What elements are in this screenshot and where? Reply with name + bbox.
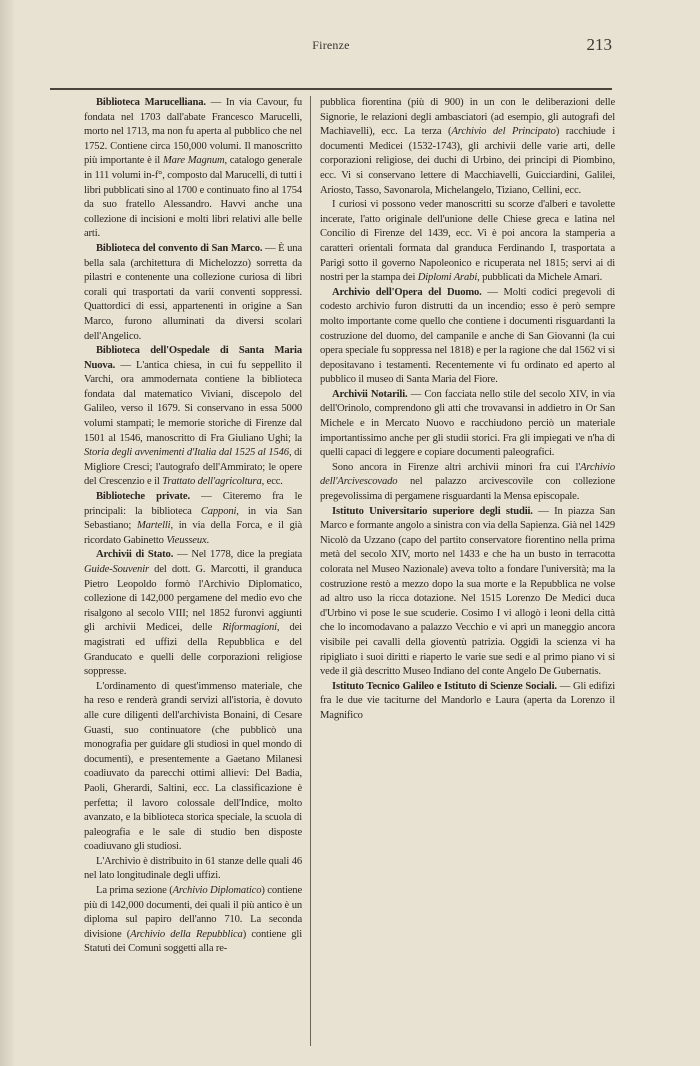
body-text: — Molti codici pregevoli di codesto arch… bbox=[320, 287, 615, 386]
body-text: , catalogo generale in 111 volumi in-f°,… bbox=[84, 155, 302, 239]
paragraph: Istituto Tecnico Galileo e Istituto di S… bbox=[320, 680, 615, 724]
column-divider bbox=[310, 96, 311, 1046]
italic-title: Trattato dell'agricoltura bbox=[162, 476, 261, 487]
right-column: pubblica fiorentina (più di 900) in un c… bbox=[320, 96, 615, 724]
italic-title: Martelli bbox=[137, 520, 171, 531]
entry-heading: Biblioteca Marucelliana. bbox=[96, 97, 206, 108]
body-text: Sono ancora in Firenze altri archivii mi… bbox=[332, 462, 580, 473]
italic-title: Vieusseux bbox=[166, 535, 206, 546]
paragraph: L'ordinamento di quest'immenso materiale… bbox=[84, 680, 302, 855]
italic-title: Archivio del Principato bbox=[451, 126, 555, 137]
paragraph: Archivii Notarili. — Con facciata nello … bbox=[320, 388, 615, 461]
running-head: Firenze 213 bbox=[50, 35, 612, 55]
italic-title: Archivio della Repubblica bbox=[130, 929, 243, 940]
body-text: — Nel 1778, dice la pregiata bbox=[173, 549, 302, 560]
paragraph: L'Archivio è distribuito in 61 stanze de… bbox=[84, 855, 302, 884]
header-rule bbox=[50, 88, 612, 90]
entry-heading: Biblioteca del convento di San Marco. bbox=[96, 243, 262, 254]
entry-heading: Archivii di Stato. bbox=[96, 549, 173, 560]
italic-title: Capponi bbox=[201, 506, 236, 517]
paragraph: Biblioteca Marucelliana. — In via Cavour… bbox=[84, 96, 302, 242]
body-text: , ecc. bbox=[262, 476, 283, 487]
italic-title: Mare Magnum bbox=[163, 155, 225, 166]
italic-title: Riformagioni bbox=[222, 622, 277, 633]
body-text: — In piazza San Marco e formante angolo … bbox=[320, 506, 615, 678]
body-text: L'ordinamento di quest'immenso materiale… bbox=[84, 681, 302, 853]
page-number: 213 bbox=[587, 35, 613, 55]
paragraph: Biblioteche private. — Citeremo fra le p… bbox=[84, 490, 302, 548]
body-text: — L'antica chiesa, in cui fu seppellito … bbox=[84, 360, 302, 444]
body-text: — È una bella sala (architettura di Mich… bbox=[84, 243, 302, 342]
page-edge bbox=[0, 0, 14, 1066]
body-text: . bbox=[207, 535, 210, 546]
paragraph: Biblioteca del convento di San Marco. — … bbox=[84, 242, 302, 344]
body-text: L'Archivio è distribuito in 61 stanze de… bbox=[84, 856, 302, 882]
paragraph: I curiosi vi possono veder manoscritti s… bbox=[320, 198, 615, 286]
entry-heading: Istituto Tecnico Galileo e Istituto di S… bbox=[332, 681, 557, 692]
paragraph: Istituto Universitario superiore degli s… bbox=[320, 505, 615, 680]
italic-title: Archivio Diplomatico bbox=[173, 885, 262, 896]
italic-title: Diplomi Arabi bbox=[418, 272, 477, 283]
left-column: Biblioteca Marucelliana. — In via Cavour… bbox=[84, 96, 302, 957]
entry-heading: Biblioteche private. bbox=[96, 491, 190, 502]
paragraph: Biblioteca dell'Ospedale di Santa Maria … bbox=[84, 344, 302, 490]
entry-heading: Archivio dell'Opera del Duomo. bbox=[332, 287, 482, 298]
body-text: La prima sezione ( bbox=[96, 885, 173, 896]
italic-title: Guide-Souvenir bbox=[84, 564, 149, 575]
paragraph: pubblica fiorentina (più di 900) in un c… bbox=[320, 96, 615, 198]
paragraph: Archivio dell'Opera del Duomo. — Molti c… bbox=[320, 286, 615, 388]
body-text: I curiosi vi possono veder manoscritti s… bbox=[320, 199, 615, 283]
body-text: , pubblicati da Michele Amari. bbox=[477, 272, 602, 283]
entry-heading: Istituto Universitario superiore degli s… bbox=[332, 506, 533, 517]
italic-title: Storia degli avvenimenti d'Italia dal 15… bbox=[84, 447, 289, 458]
entry-heading: Archivii Notarili. bbox=[332, 389, 408, 400]
paragraph: La prima sezione (Archivio Diplomatico) … bbox=[84, 884, 302, 957]
paragraph: Sono ancora in Firenze altri archivii mi… bbox=[320, 461, 615, 505]
running-head-title: Firenze bbox=[50, 38, 612, 53]
paragraph: Archivii di Stato. — Nel 1778, dice la p… bbox=[84, 548, 302, 679]
